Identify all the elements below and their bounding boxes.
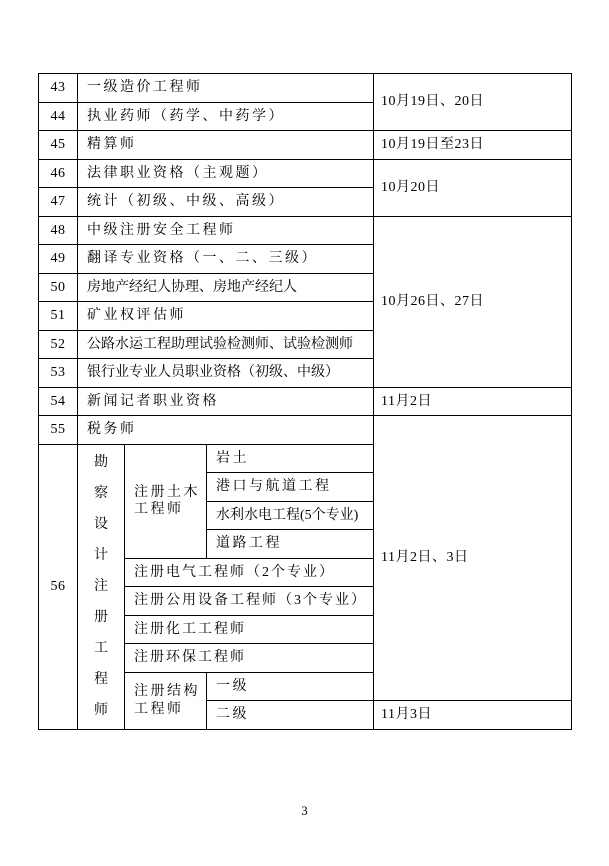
row-number-cell: 49 — [39, 245, 78, 274]
specialty-cell: 一级 — [207, 672, 374, 701]
exam-schedule-table: 43 一级造价工程师 10月19日、20日 44 执业药师（药学、中药学） 45… — [38, 73, 572, 730]
row-number-cell: 46 — [39, 159, 78, 188]
exam-name-cell: 精算师 — [78, 131, 374, 160]
exam-name-cell: 公路水运工程助理试验检测师、试验检测师 — [78, 330, 374, 359]
exam-date-cell: 10月19日、20日 — [374, 74, 572, 131]
table-row: 46 法律职业资格（主观题） 10月20日 — [39, 159, 572, 188]
document-page: 43 一级造价工程师 10月19日、20日 44 执业药师（药学、中药学） 45… — [0, 0, 609, 866]
table-row: 45 精算师 10月19日至23日 — [39, 131, 572, 160]
exam-name-cell: 翻译专业资格（一、二、三级） — [78, 245, 374, 274]
specialty-cell: 二级 — [207, 701, 374, 730]
exam-date-cell: 10月20日 — [374, 159, 572, 216]
subcategory-cell: 注册土木工程师 — [125, 444, 207, 558]
table-row: 54 新闻记者职业资格 11月2日 — [39, 387, 572, 416]
exam-name-cell: 统计（初级、中级、高级） — [78, 188, 374, 217]
table-row: 43 一级造价工程师 10月19日、20日 — [39, 74, 572, 103]
row-number-cell: 45 — [39, 131, 78, 160]
exam-name-cell: 房地产经纪人协理、房地产经纪人 — [78, 273, 374, 302]
category-vertical-text: 勘察设计注册工程师 — [92, 447, 110, 726]
specialty-cell: 岩土 — [207, 444, 374, 473]
exam-name-cell: 中级注册安全工程师 — [78, 216, 374, 245]
exam-date-cell: 11月2日、3日 — [374, 416, 572, 701]
exam-date-cell: 11月2日 — [374, 387, 572, 416]
row-number-cell: 43 — [39, 74, 78, 103]
subcategory-cell: 注册结构工程师 — [125, 672, 207, 729]
row-number-cell: 51 — [39, 302, 78, 331]
exam-date-cell: 11月3日 — [374, 701, 572, 730]
exam-name-cell: 新闻记者职业资格 — [78, 387, 374, 416]
row-number-cell: 48 — [39, 216, 78, 245]
exam-name-cell: 注册电气工程师（2个专业） — [125, 558, 374, 587]
exam-name-cell: 执业药师（药学、中药学） — [78, 102, 374, 131]
row-number-cell: 50 — [39, 273, 78, 302]
exam-name-cell: 注册化工工程师 — [125, 615, 374, 644]
table-row: 48 中级注册安全工程师 10月26日、27日 — [39, 216, 572, 245]
exam-date-cell: 10月19日至23日 — [374, 131, 572, 160]
row-number-cell: 54 — [39, 387, 78, 416]
exam-date-cell: 10月26日、27日 — [374, 216, 572, 387]
category-vertical-cell: 勘察设计注册工程师 — [78, 444, 125, 729]
exam-name-cell: 银行业专业人员职业资格（初级、中级） — [78, 359, 374, 388]
exam-name-cell: 税务师 — [78, 416, 374, 445]
table-row: 55 税务师 11月2日、3日 — [39, 416, 572, 445]
page-number: 3 — [0, 804, 609, 819]
row-number-cell: 47 — [39, 188, 78, 217]
row-number-cell: 53 — [39, 359, 78, 388]
exam-name-cell: 注册公用设备工程师（3个专业） — [125, 587, 374, 616]
exam-name-cell: 法律职业资格（主观题） — [78, 159, 374, 188]
specialty-cell: 水利水电工程(5个专业) — [207, 501, 374, 530]
exam-name-cell: 注册环保工程师 — [125, 644, 374, 673]
specialty-cell: 港口与航道工程 — [207, 473, 374, 502]
row-number-cell: 52 — [39, 330, 78, 359]
specialty-cell: 道路工程 — [207, 530, 374, 559]
exam-name-cell: 矿业权评估师 — [78, 302, 374, 331]
row-number-cell: 56 — [39, 444, 78, 729]
row-number-cell: 55 — [39, 416, 78, 445]
exam-name-cell: 一级造价工程师 — [78, 74, 374, 103]
row-number-cell: 44 — [39, 102, 78, 131]
